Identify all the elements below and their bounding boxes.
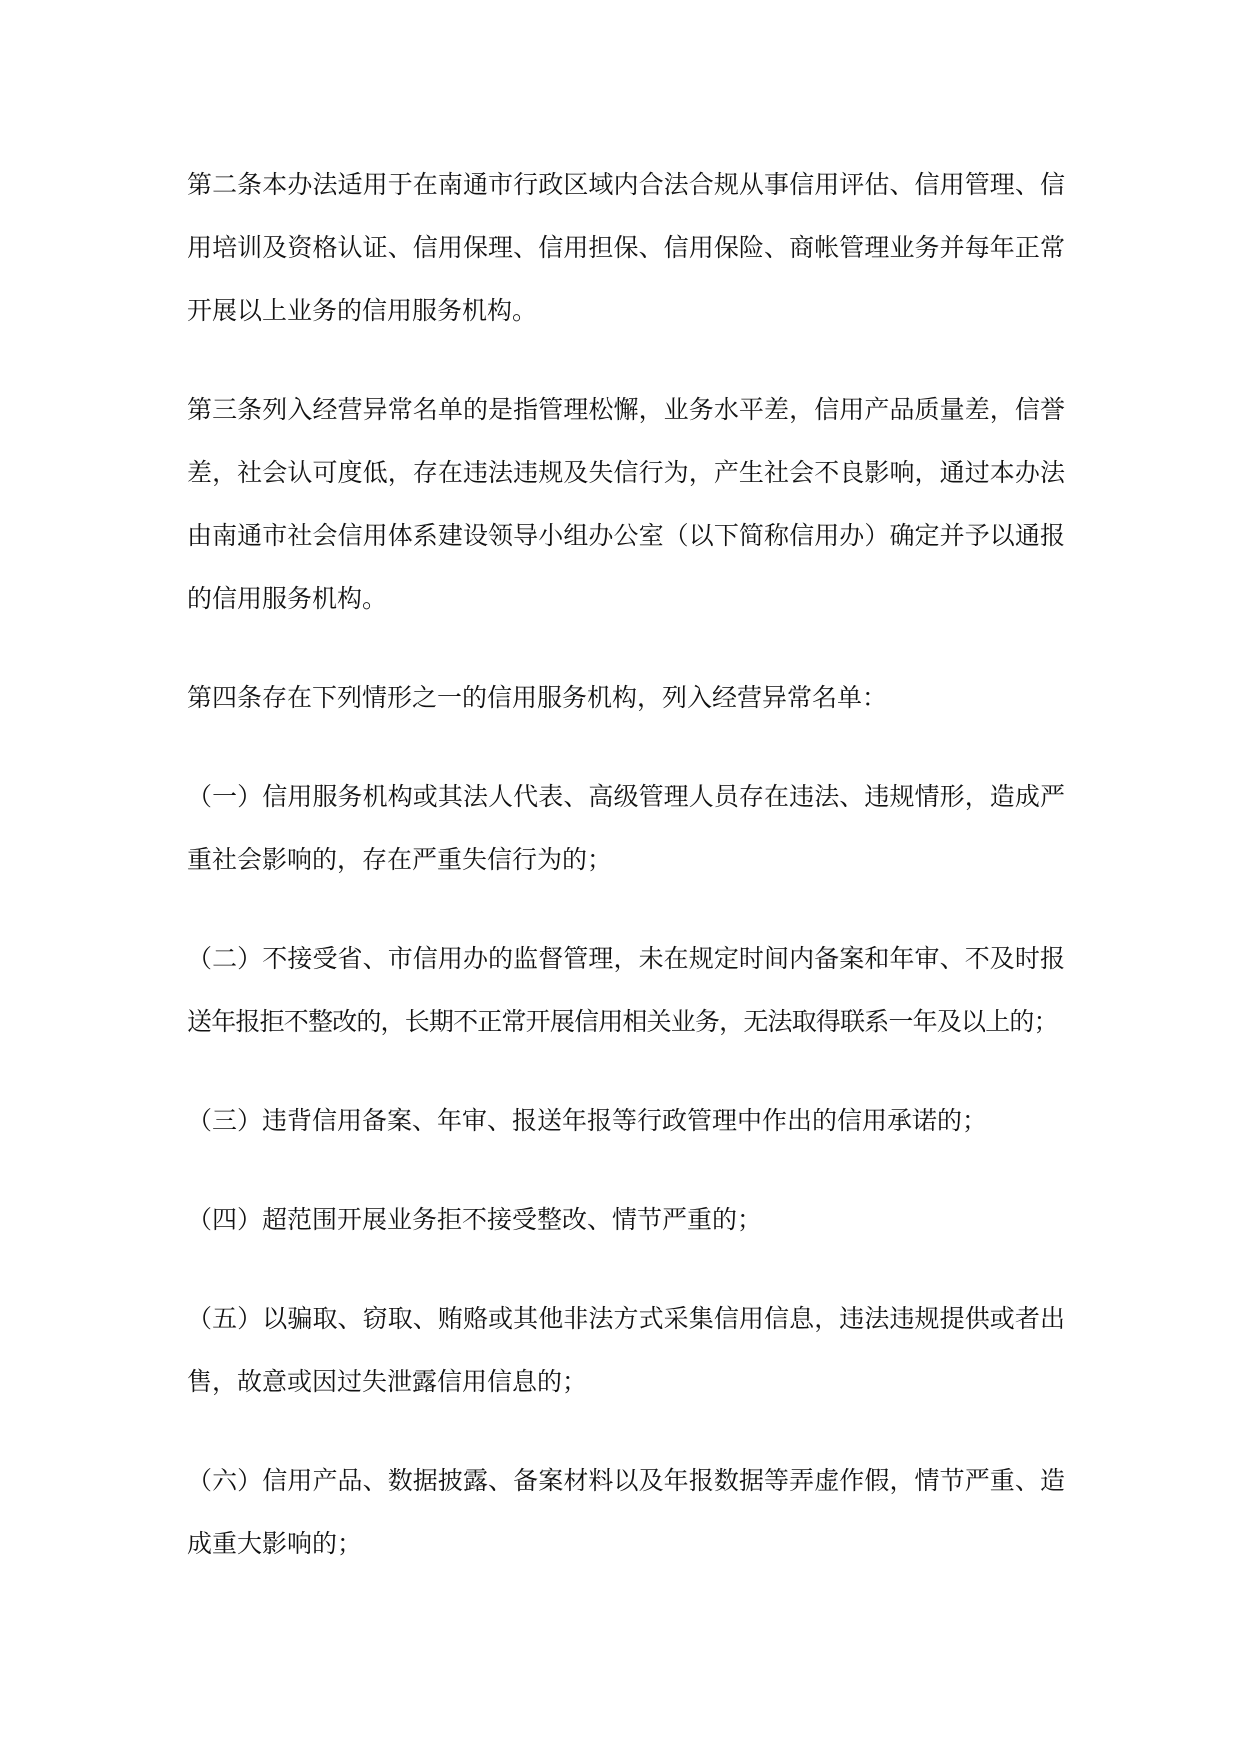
text-line: （四）超范围开展业务拒不接受整改、情节严重的； <box>187 1189 1065 1252</box>
text-line: 差，社会认可度低，存在违法违规及失信行为，产生社会不良影响，通过本办法 <box>187 442 1065 505</box>
article-2: 第二条本办法适用于在南通市行政区域内合法合规从事信用评估、信用管理、信用培训及资… <box>187 154 1065 343</box>
text-line: （三）违背信用备案、年审、报送年报等行政管理中作出的信用承诺的； <box>187 1090 1065 1153</box>
text-line: （六）信用产品、数据披露、备案材料以及年报数据等弄虚作假，情节严重、造 <box>187 1450 1065 1513</box>
text-line: 的信用服务机构。 <box>187 568 1065 631</box>
article-4-item-3: （三）违背信用备案、年审、报送年报等行政管理中作出的信用承诺的； <box>187 1090 1065 1153</box>
document-body: 第二条本办法适用于在南通市行政区域内合法合规从事信用评估、信用管理、信用培训及资… <box>187 154 1065 1576</box>
document-page: 第二条本办法适用于在南通市行政区域内合法合规从事信用评估、信用管理、信用培训及资… <box>0 0 1241 1754</box>
article-4-item-1: （一）信用服务机构或其法人代表、高级管理人员存在违法、违规情形，造成严重社会影响… <box>187 766 1065 892</box>
text-line: （二）不接受省、市信用办的监督管理，未在规定时间内备案和年审、不及时报 <box>187 928 1065 991</box>
text-line: 第二条本办法适用于在南通市行政区域内合法合规从事信用评估、信用管理、信 <box>187 154 1065 217</box>
article-4-item-6: （六）信用产品、数据披露、备案材料以及年报数据等弄虚作假，情节严重、造成重大影响… <box>187 1450 1065 1576</box>
article-3: 第三条列入经营异常名单的是指管理松懈，业务水平差，信用产品质量差，信誉差，社会认… <box>187 379 1065 631</box>
article-4-intro: 第四条存在下列情形之一的信用服务机构，列入经营异常名单： <box>187 667 1065 730</box>
text-line: 第四条存在下列情形之一的信用服务机构，列入经营异常名单： <box>187 667 1065 730</box>
text-line: 重社会影响的，存在严重失信行为的； <box>187 829 1065 892</box>
article-4-item-5: （五）以骗取、窃取、贿赂或其他非法方式采集信用信息，违法违规提供或者出售，故意或… <box>187 1288 1065 1414</box>
text-line: 成重大影响的； <box>187 1513 1065 1576</box>
text-line: 由南通市社会信用体系建设领导小组办公室（以下简称信用办）确定并予以通报 <box>187 505 1065 568</box>
article-4-item-4: （四）超范围开展业务拒不接受整改、情节严重的； <box>187 1189 1065 1252</box>
text-line: 第三条列入经营异常名单的是指管理松懈，业务水平差，信用产品质量差，信誉 <box>187 379 1065 442</box>
article-4-item-2: （二）不接受省、市信用办的监督管理，未在规定时间内备案和年审、不及时报送年报拒不… <box>187 928 1065 1054</box>
text-line: 售，故意或因过失泄露信用信息的； <box>187 1351 1065 1414</box>
text-line: 用培训及资格认证、信用保理、信用担保、信用保险、商帐管理业务并每年正常 <box>187 217 1065 280</box>
text-line: 送年报拒不整改的，长期不正常开展信用相关业务，无法取得联系一年及以上的； <box>187 991 1065 1054</box>
text-line: 开展以上业务的信用服务机构。 <box>187 280 1065 343</box>
text-line: （五）以骗取、窃取、贿赂或其他非法方式采集信用信息，违法违规提供或者出 <box>187 1288 1065 1351</box>
text-line: （一）信用服务机构或其法人代表、高级管理人员存在违法、违规情形，造成严 <box>187 766 1065 829</box>
